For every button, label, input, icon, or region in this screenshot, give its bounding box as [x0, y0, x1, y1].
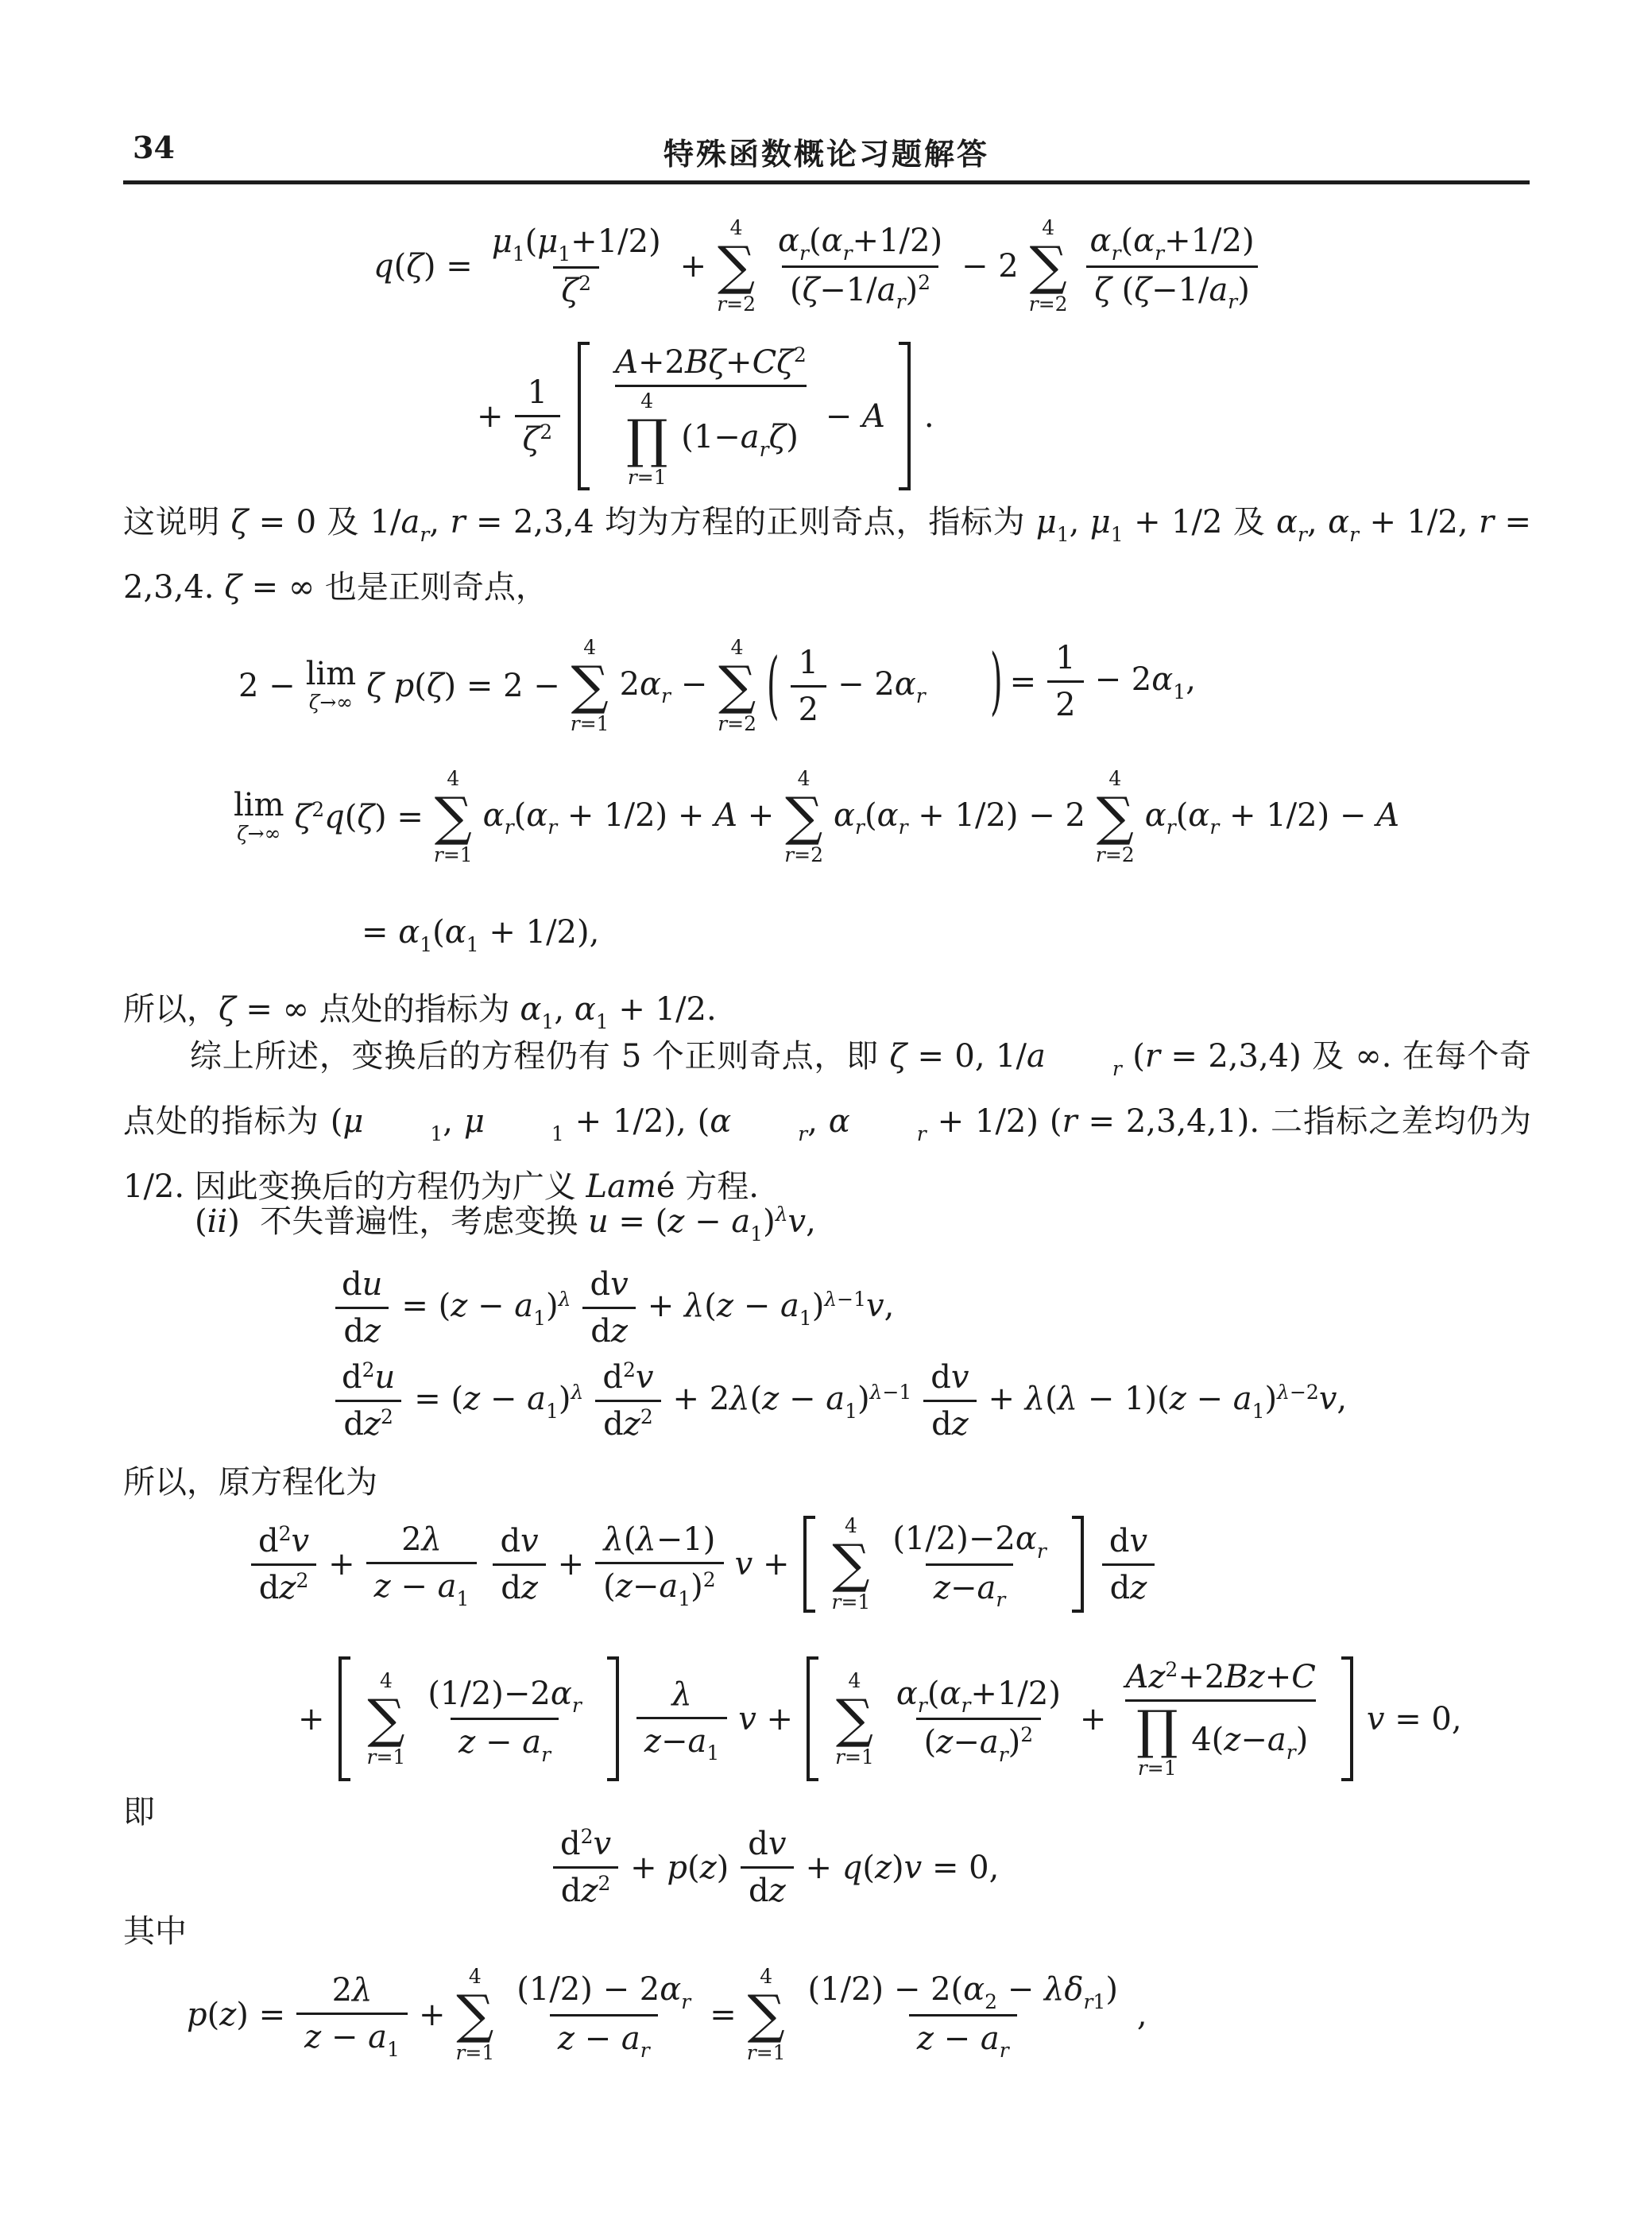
line-original-equation-becomes: 所以，原方程化为	[123, 1457, 377, 1502]
equation-limit-q-result: = α1(α1 + 1/2),	[362, 914, 599, 955]
equation-q-zeta-line2: +1ζ2A+2Bζ+Cζ24∏r=1 (1−arζ)− A.	[477, 340, 934, 492]
line-where: 其中	[123, 1906, 187, 1951]
paragraph-summary: 综上所述，变换后的方程仍有 5 个正则奇点，即 ζ = 0, 1/ar (r =…	[123, 1024, 1531, 1219]
equation-second-derivative: d2udz2= (z − a1)λd2vdz2+ 2λ(z − a1)λ−1dv…	[330, 1355, 1347, 1447]
line-namely: 即	[123, 1787, 155, 1832]
line-part-ii-transform: (ii) 不失普遍性，考虑变换 u = (z − a1)λv,	[195, 1196, 816, 1244]
equation-first-derivative: dudz= (z − a1)λdvdz+ λ(z − a1)λ−1v,	[330, 1262, 894, 1354]
book-page: 34 特殊函数概论习题解答 q(ζ) =μ1(μ1+1/2)ζ2+4∑r=2αr…	[0, 0, 1652, 2216]
equation-transformed-line1: d2vdz2+2λz − a1dvdz+λ(λ−1)(z−a1)2v +4∑r=…	[246, 1514, 1159, 1614]
equation-limit-p-tail: )=12− 2α1,	[990, 636, 1196, 727]
equation-limit-q: limζ→∞ζ2q(ζ) =4∑r=1αr(αr + 1/2) + A +4∑r…	[230, 767, 1399, 867]
equation-limit-p: 2 −limζ→∞ζ p(ζ) = 2 −4∑r=12αr −4∑r=2(12−…	[238, 636, 926, 736]
page-header: 34 特殊函数概论习题解答	[123, 130, 1530, 184]
paragraph-regular-singular-points: 这说明 ζ = 0 及 1/ar, r = 2,3,4 均为方程的正则奇点，指标…	[123, 490, 1531, 620]
equation-standard-form: d2vdz2+ p(z)dvdz+ q(z)v = 0,	[548, 1822, 999, 1913]
equation-transformed-line2: +4∑r=1(1/2)−2αrz − arλz−a1v +4∑r=1αr(αr+…	[298, 1655, 1462, 1783]
equation-q-zeta-line1: q(ζ) =μ1(μ1+1/2)ζ2+4∑r=2αr(αr+1/2)(ζ−1/a…	[373, 216, 1267, 316]
equation-p-z: p(z) =2λz − a1+4∑r=1(1/2) − 2αrz − ar=4∑…	[187, 1965, 1147, 2065]
book-title: 特殊函数概论习题解答	[123, 130, 1530, 173]
